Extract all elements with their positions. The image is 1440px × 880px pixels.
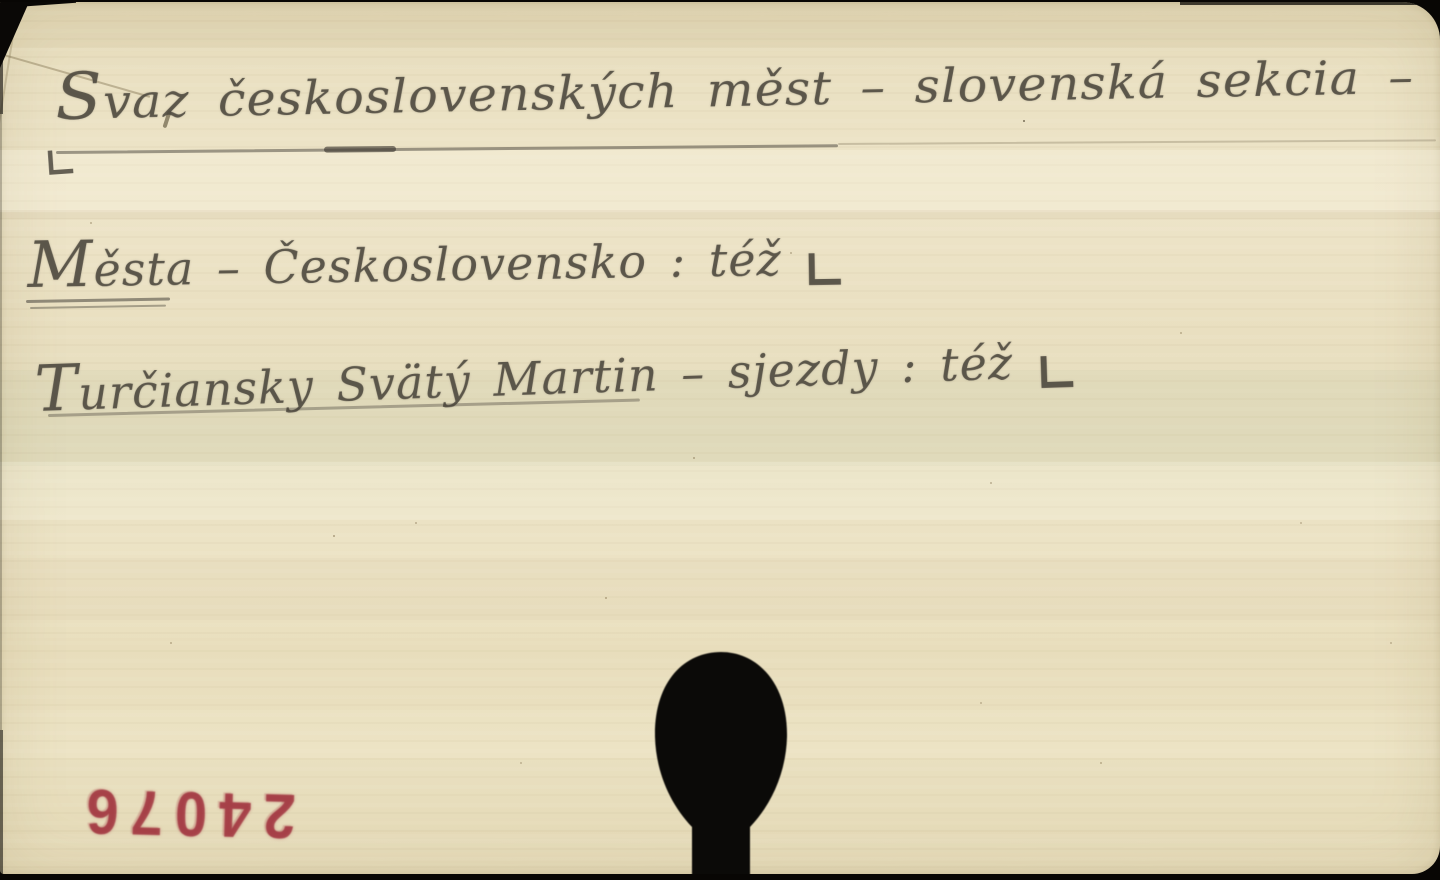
texture-band — [0, 150, 1440, 212]
pencil-underline-entry-1 — [56, 144, 838, 154]
paper-speckles — [333, 535, 335, 537]
scan-edge-left-bottom — [0, 730, 3, 874]
accession-number-stamp: 24076 — [63, 761, 308, 867]
handwritten-entry-1: Svaz československých měst – slovenská s… — [55, 31, 1440, 135]
scan-edge-left-middle — [0, 114, 2, 730]
punch-hole — [640, 642, 800, 874]
catalog-card: Svaz československých měst – slovenská s… — [0, 2, 1440, 874]
faint-rule-line — [838, 139, 1436, 145]
punch-hole-shape — [655, 652, 787, 874]
handwritten-entry-2: Města – Československo : též∟ — [27, 215, 845, 302]
margin-check-mark: ∟ — [42, 139, 79, 188]
scan-edge-left-top — [0, 2, 3, 114]
entry-1-text: Svaz československých měst – slovenská s… — [55, 30, 1440, 135]
scan-background: Svaz československých měst – slovenská s… — [0, 0, 1440, 880]
scan-edge-top-right — [1180, 2, 1440, 5]
entry-2-text: Města – Československo : též — [27, 216, 782, 302]
check-mark: ∟ — [803, 239, 848, 302]
pencil-double-underline-bottom — [30, 305, 166, 309]
texture-band — [0, 462, 1440, 520]
texture-band — [0, 558, 1440, 620]
scan-edge-top-left — [0, 2, 76, 7]
check-mark: ∟ — [1034, 341, 1080, 405]
